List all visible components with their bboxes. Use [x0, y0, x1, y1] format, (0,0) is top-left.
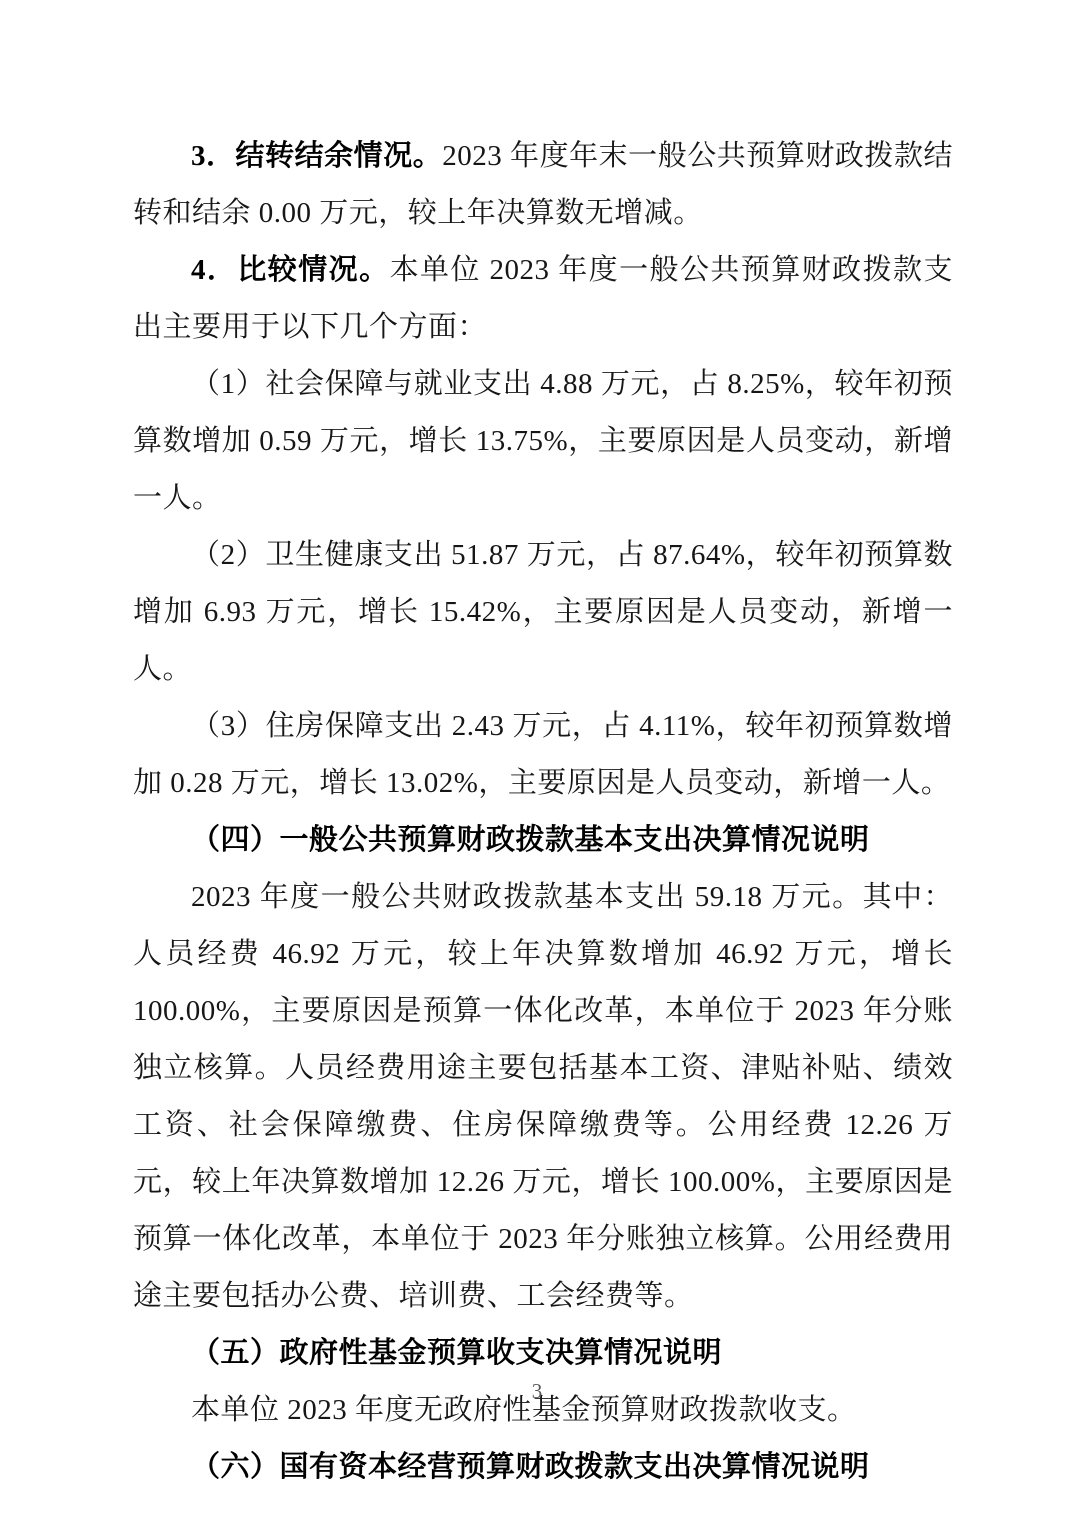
paragraph-text: （六）国有资本经营预算财政拨款支出决算情况说明 [191, 1451, 870, 1483]
document-page: 3．结转结余情况。2023 年度年末一般公共预算财政拨款结转和结余 0.00 万… [0, 0, 1074, 1520]
paragraph-text: （五）政府性基金预算收支决算情况说明 [191, 1337, 722, 1369]
paragraph: 2023 年度一般公共财政拨款基本支出 59.18 万元。其中：人员经费 46.… [133, 869, 953, 1325]
paragraph-lead-bold: 3．结转结余情况。 [191, 140, 442, 172]
document-body: 3．结转结余情况。2023 年度年末一般公共预算财政拨款结转和结余 0.00 万… [133, 128, 953, 1496]
page-number: 3 [0, 1378, 1074, 1404]
paragraph: 3．结转结余情况。2023 年度年末一般公共预算财政拨款结转和结余 0.00 万… [133, 128, 953, 242]
paragraph: （2）卫生健康支出 51.87 万元，占 87.64%，较年初预算数增加 6.9… [133, 527, 953, 698]
paragraph-text: （2）卫生健康支出 51.87 万元，占 87.64%，较年初预算数增加 6.9… [133, 539, 953, 685]
paragraph-text: （3）住房保障支出 2.43 万元，占 4.11%，较年初预算数增加 0.28 … [133, 710, 953, 799]
section-heading: （五）政府性基金预算收支决算情况说明 [133, 1325, 953, 1382]
section-heading: （六）国有资本经营预算财政拨款支出决算情况说明 [133, 1439, 953, 1496]
paragraph-text: （四）一般公共预算财政拨款基本支出决算情况说明 [191, 824, 870, 856]
paragraph: （3）住房保障支出 2.43 万元，占 4.11%，较年初预算数增加 0.28 … [133, 698, 953, 812]
paragraph-lead-bold: 4．比较情况。 [191, 254, 390, 286]
section-heading: （四）一般公共预算财政拨款基本支出决算情况说明 [133, 812, 953, 869]
paragraph-text: 2023 年度一般公共财政拨款基本支出 59.18 万元。其中：人员经费 46.… [133, 881, 953, 1312]
paragraph: （1）社会保障与就业支出 4.88 万元，占 8.25%，较年初预算数增加 0.… [133, 356, 953, 527]
paragraph-text: （1）社会保障与就业支出 4.88 万元，占 8.25%，较年初预算数增加 0.… [133, 368, 953, 514]
paragraph: 4．比较情况。本单位 2023 年度一般公共预算财政拨款支出主要用于以下几个方面… [133, 242, 953, 356]
